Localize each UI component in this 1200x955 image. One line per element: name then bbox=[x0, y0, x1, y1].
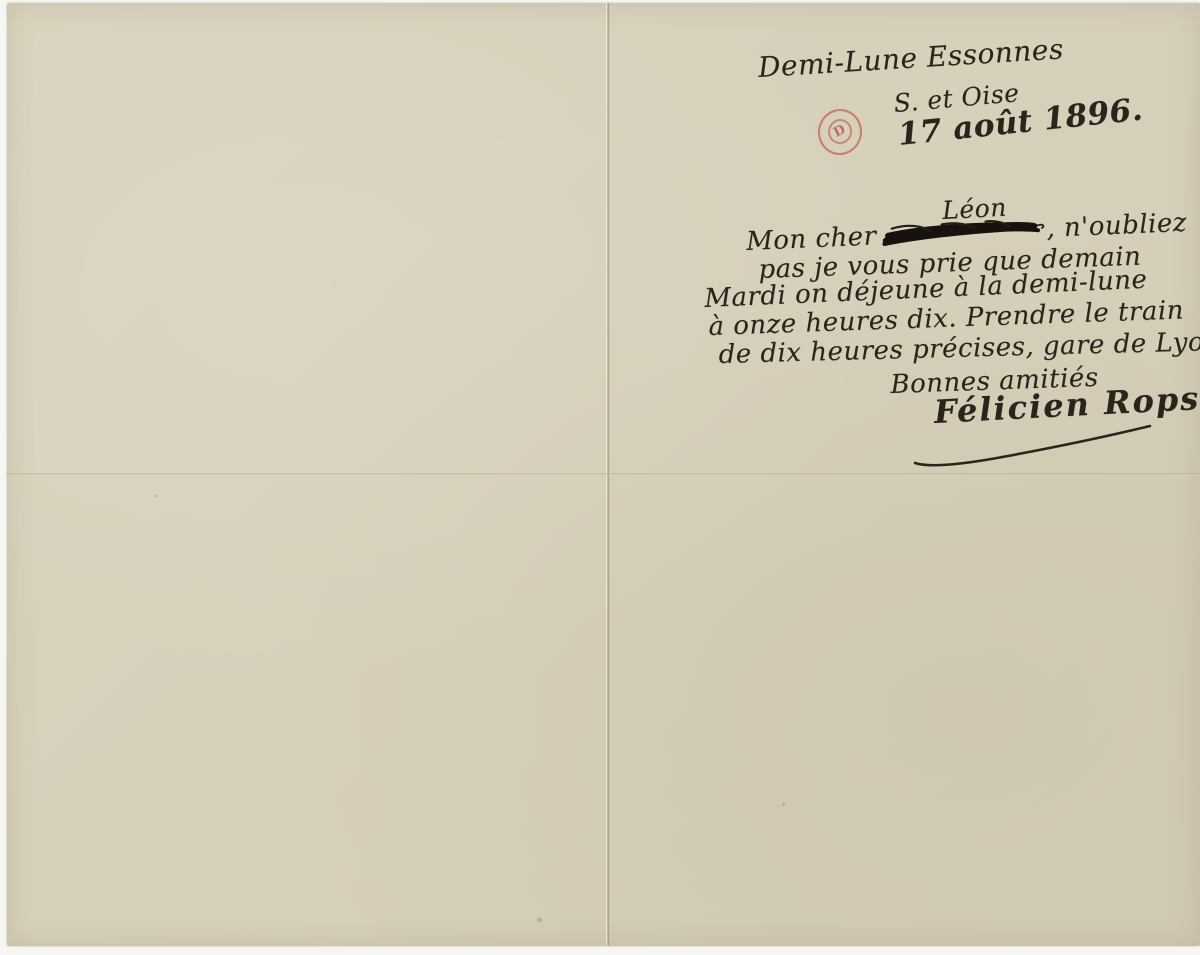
collector-stamp-letter: D bbox=[832, 122, 849, 140]
scanned-letter: Demi-Lune Essonnes S. et Oise 17 août 18… bbox=[0, 0, 1200, 955]
horizontal-fold-crease bbox=[7, 473, 1200, 476]
paper-speck bbox=[782, 803, 785, 806]
signature-flourish-stroke bbox=[907, 418, 1162, 473]
collector-stamp-inner-ring: D bbox=[826, 117, 853, 145]
paper-speck bbox=[155, 495, 158, 497]
heading-place: Demi-Lune Essonnes bbox=[757, 32, 1065, 84]
paper-speck bbox=[537, 918, 542, 922]
collector-stamp-icon: D bbox=[815, 106, 865, 158]
letter-paper-bifolium: Demi-Lune Essonnes S. et Oise 17 août 18… bbox=[7, 3, 1200, 946]
salutation-suffix: , n'oubliez bbox=[1046, 207, 1188, 243]
